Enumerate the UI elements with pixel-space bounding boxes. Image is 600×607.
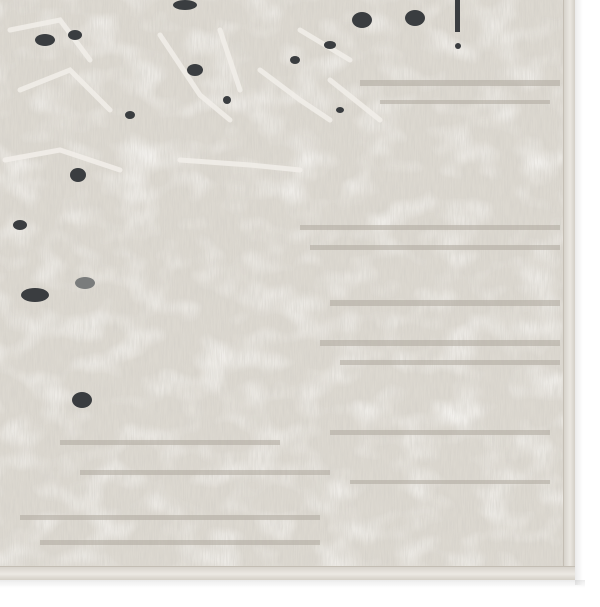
rug-shadow-bottom	[0, 580, 585, 588]
product-photo	[0, 0, 600, 607]
rug-shadow-right	[575, 0, 583, 585]
rug-surface	[0, 0, 575, 580]
rug-edge-binding-bottom	[0, 566, 575, 580]
rug-texture	[0, 0, 575, 580]
rug-edge-binding-right	[563, 0, 575, 570]
